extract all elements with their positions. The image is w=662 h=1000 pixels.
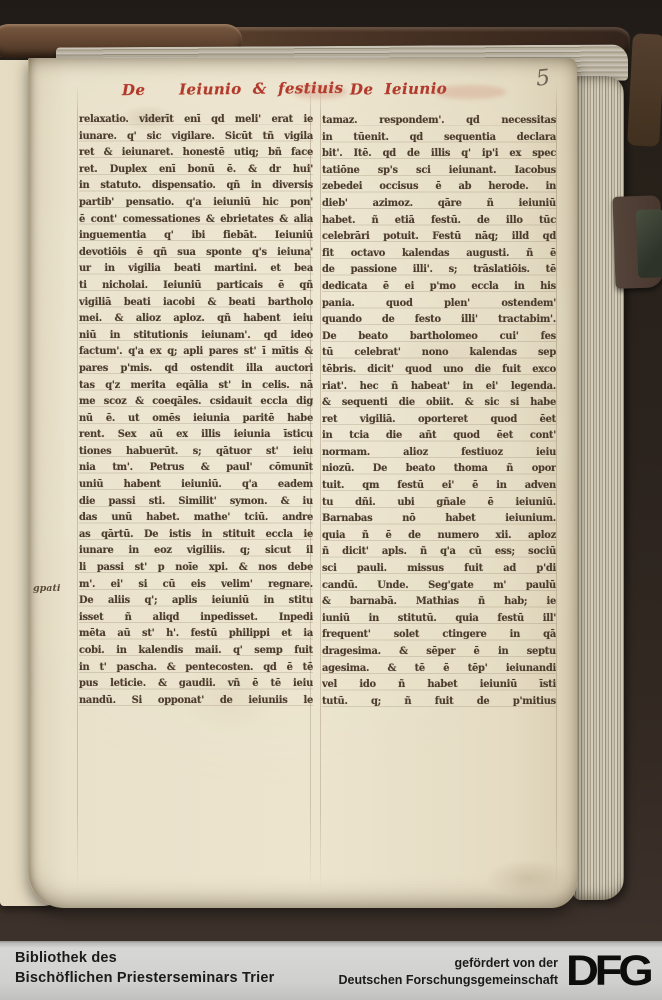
manuscript-text-line: vigiliā beati iacobi & beati bartholo (79, 295, 313, 312)
manuscript-text-line: cobi. in kalendis maii. q' semp fuit (79, 643, 313, 660)
manuscript-text-line: ñ dicit' apls. ñ q'a cū ess; sociū (322, 544, 556, 561)
manuscript-text-line: riat'. hec ñ habeat' in ei' legenda. (322, 379, 556, 396)
manuscript-text-line: pares p'mis. qd ostendit illa auctori (79, 361, 313, 378)
manuscript-text-line: relaxatio. viderīt enī qd meli' erat ie (79, 112, 313, 129)
running-title-right: De Ieiunio (350, 79, 447, 102)
manuscript-text-line: dragesima. & sēper ē in septu (322, 644, 556, 661)
manuscript-text-line: frequent' solet ctingere in qā (322, 627, 556, 644)
manuscript-text-line: iunare in eoz vigiliis. q; sicut il (79, 543, 313, 560)
manuscript-text-line: ur in vigilia beati martini. et bea (79, 261, 313, 278)
manuscript-text-line: tū celebrat' nono kalendas sep (322, 345, 556, 362)
dfg-logo: DFG (566, 946, 650, 996)
manuscript-text-line: dedicata ē ei p'mo eccla in his (322, 279, 556, 296)
library-credit-line1: Bibliothek des (15, 949, 274, 969)
manuscript-text-line: Barnabas nō habet ieiunium. (322, 511, 556, 528)
manuscript-text-line: celebrāri potuit. Festū nāq; illd qd (322, 229, 556, 246)
manuscript-text-line: tuit. qm festū ei' ē in adven (322, 478, 556, 495)
manuscript-text-line: devotiōis ē qñ sua sponte q's ieiuna' (79, 245, 313, 262)
folio-number: 5 (535, 65, 552, 91)
manuscript-text-line: & barnabā. Mathias ñ hab; ie (322, 594, 556, 611)
manuscript-text-line: quando de festo illi' tractabim'. (322, 312, 556, 329)
manuscript-text-line: mei. & alioz aploz. qñ habent ieiu (79, 311, 313, 328)
manuscript-text-line: me scoz & coeqāles. csidauit eccla dig (79, 394, 313, 411)
manuscript-text-line: partib' pensatio. q'a ieiuniū hic pon' (79, 195, 313, 212)
manuscript-text-line: das unū habet. mathe' tciū. andre (79, 510, 313, 527)
library-credit: Bibliothek des Bischöflichen Priestersem… (15, 949, 274, 988)
funding-credit-line1: gefördert von der (339, 955, 559, 972)
text-column-right: tamaz. respondem'. qd necessitasin tūeni… (322, 113, 556, 710)
manuscript-text-line: dieb' azimoz. qāre ñ ieiuniū (322, 196, 556, 213)
manuscript-text-line: vel ido ñ habet ieiuniū īsti (322, 677, 556, 694)
manuscript-text-line: & sequenti die obiit. & sic si habe (322, 395, 556, 412)
manuscript-text-line: agesima. & tē ē tēp' ieiunandi (322, 661, 556, 678)
manuscript-text-line: uniū habent ieiuniū. q'a eadem (79, 477, 313, 494)
manuscript-text-line: niozū. De beato thoma ñ opor (322, 461, 556, 478)
ruling-line-right-outer (556, 84, 557, 890)
manuscript-text-line: mēta aū st' h'. festū philippi et ia (79, 626, 313, 643)
manuscript-text-line: factum'. q'a ex q; apli pares st' ī mīti… (79, 344, 313, 361)
manuscript-text-line: in tūenit. qd sequentia declara (322, 130, 556, 147)
manuscript-text-line: iuniū in stitutū. quia festū ill' (322, 611, 556, 628)
manuscript-text-line: pania. quod plen' ostendem' (322, 296, 556, 313)
manuscript-text-line: quia ñ ē de numero xii. aploz (322, 528, 556, 545)
manuscript-text-line: candū. Unde. Seg'gate m' paulū (322, 578, 556, 595)
manuscript-text-line: normam. alioz festiuoz ieiu (322, 445, 556, 462)
manuscript-text-line: isset ñ aliqd inpedisset. Inpedi (79, 610, 313, 627)
red-ink-showthrough (434, 85, 506, 99)
manuscript-text-line: inguementia q' ibi fiebāt. Ieiuniū (79, 228, 313, 245)
manuscript-text-line: tatiōne sp's sci ieiunant. Iacobus (322, 163, 556, 180)
library-credit-line2: Bischöflichen Priesterseminars Trier (15, 969, 274, 989)
manuscript-text-line: De beato bartholomeo cui' fes (322, 329, 556, 346)
manuscript-text-line: niū in stitutionis ieiunam'. qd ideo (79, 328, 313, 345)
manuscript-text-line: fit octavo kalendas augusti. ñ ē (322, 246, 556, 263)
manuscript-text-line: in statuto. dispensatio. qñ in diversis (79, 178, 313, 195)
margin-gloss: gpati (33, 583, 60, 594)
manuscript-text-line: zebedei occisus ē ab herode. in (322, 179, 556, 196)
manuscript-text-line: ret vigiliā. oporteret quod ēet (322, 412, 556, 429)
ruling-line-right-inner (320, 84, 321, 890)
manuscript-text-line: nū ē. ut omēs ieiunia paritē habe (79, 411, 313, 428)
manuscript-text-line: ē cont' comessationes & ebrietates & ali… (79, 212, 313, 229)
funding-credit: gefördert von der Deutschen Forschungsge… (339, 955, 559, 988)
clasp-metal-fitting (636, 209, 662, 278)
manuscript-text-line: habet. ñ etiā festū. de illo tūc (322, 213, 556, 230)
manuscript-text-line: bit'. Itē. qd de illis q' ip'i ex spec (322, 146, 556, 163)
manuscript-text-line: tiones habuerūt. s; qātuor st' ieiu (79, 444, 313, 461)
manuscript-text-line: nia tm'. Petrus & paul' cōmunīt (79, 460, 313, 477)
manuscript-text-line: nandū. Si opponat' de ieiuniis le (79, 693, 313, 710)
manuscript-text-line: ti nicholai. Ieiuniū particais ē qñ (79, 278, 313, 295)
manuscript-text-line: ret. Duplex enī bonū ē. & dr hui' (79, 162, 313, 179)
manuscript-text-line: ret & ieiunaret. honestē utiq; bñ face (79, 145, 313, 162)
manuscript-text-line: tas q'z merita eqālia st' in celis. nā (79, 378, 313, 395)
ruling-line-left-outer (77, 84, 78, 890)
manuscript-text-line: tēbris. dicit' quod uno die fuit exco (322, 362, 556, 379)
manuscript-text-line: iunare. q' sic vigilare. Sicūt tñ vigila (79, 129, 313, 146)
manuscript-text-line: sci pauli. missus fuit ad p'di (322, 561, 556, 578)
manuscript-text-line: as qārtū. De istis in stituit eccla ie (79, 527, 313, 544)
manuscript-text-line: pus leticie. & gaudii. vñ ē tē ieiu (79, 676, 313, 693)
manuscript-photo: De Ieiunio & festiuis De Ieiunio 5 relax… (0, 0, 662, 1000)
manuscript-text-line: rent. Sex aū ex illis ieiunia īsticu (79, 427, 313, 444)
book-cover-edge (627, 33, 662, 147)
manuscript-text-line: m'. ei' si cū eis velim' regnare. (79, 577, 313, 594)
manuscript-text-line: die passi sti. Similit' symon. & iu (79, 494, 313, 511)
red-ink-showthrough (293, 85, 347, 99)
manuscript-text-line: li passi st' p noīe xpi. & nos debe (79, 560, 313, 577)
manuscript-text-line: in tcia die añt quod ēet cont' (322, 428, 556, 445)
manuscript-text-line: tamaz. respondem'. qd necessitas (322, 113, 556, 130)
text-column-left: relaxatio. viderīt enī qd meli' erat iei… (79, 112, 313, 709)
manuscript-text-line: tu dñi. ubi gñale ē ieiuniū. (322, 495, 556, 512)
digitization-banner: Bibliothek des Bischöflichen Priestersem… (0, 941, 662, 1000)
manuscript-text-line: tutū. q; ñ fuit de p'mitius (322, 694, 556, 711)
manuscript-text-line: de passione illi'. s; trāslatiōis. tē (322, 262, 556, 279)
funding-credit-line2: Deutschen Forschungsgemeinschaft (339, 972, 559, 989)
manuscript-text-line: in t' pascha. & pentecosten. qd ē tē (79, 660, 313, 677)
manuscript-text-line: De aliis q'; aplis ieiuniū in stitu (79, 593, 313, 610)
book-clasp (612, 195, 662, 289)
